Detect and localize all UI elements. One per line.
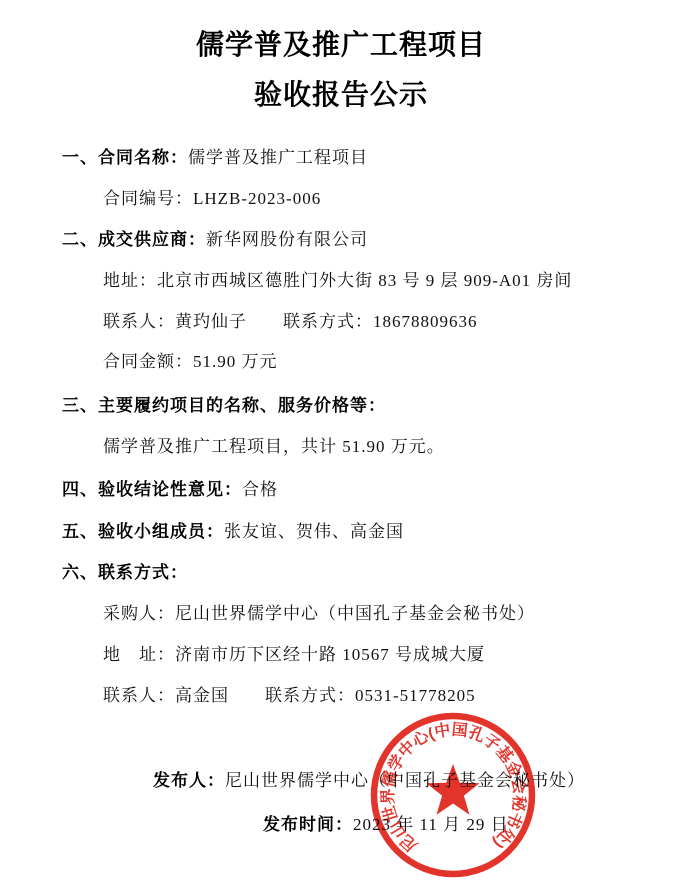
contract-number-line: 合同编号：LHZB-2023-006 [103, 188, 321, 210]
supplier-line: 二、成交供应商：新华网股份有限公司 [62, 229, 368, 251]
performance-section-label: 三、主要履约项目的名称、服务价格等： [62, 396, 386, 415]
contract-amount-line: 合同金额：51.90 万元 [103, 351, 278, 373]
team-members-label: 五、验收小组成员： [62, 522, 224, 541]
performance-section-line: 三、主要履约项目的名称、服务价格等： [62, 395, 386, 417]
purchaser-address-line: 地 址：济南市历下区经十路 10567 号成城大厦 [103, 644, 485, 666]
supplier-address-value: 北京市西城区德胜门外大街 83 号 9 层 909-A01 房间 [157, 271, 572, 290]
purchaser-value: 尼山世界儒学中心（中国孔子基金会秘书处） [175, 604, 535, 623]
contact-section-label: 六、联系方式： [62, 563, 188, 582]
purchaser-phone-label: 联系方式： [265, 686, 355, 705]
supplier-address-label: 地址： [103, 271, 157, 290]
contract-name-label: 一、合同名称： [62, 148, 188, 167]
contract-number-value: LHZB-2023-006 [193, 189, 321, 208]
purchaser-phone-value: 0531-51778205 [355, 686, 476, 705]
contract-amount-label: 合同金额： [103, 352, 193, 371]
publish-date-label: 发布时间： [263, 815, 353, 834]
performance-detail-line: 儒学普及推广工程项目，共计 51.90 万元。 [103, 436, 445, 458]
contract-name-line: 一、合同名称：儒学普及推广工程项目 [62, 147, 368, 169]
supplier-phone-value: 18678809636 [373, 312, 478, 331]
supplier-contact-line: 联系人：黄玓仙子联系方式：18678809636 [103, 311, 478, 333]
purchaser-address-label: 地 址： [103, 645, 175, 664]
acceptance-report-document: 儒学普及推广工程项目 验收报告公示 一、合同名称：儒学普及推广工程项目 合同编号… [0, 0, 682, 894]
official-seal: 尼山世界儒学中心(中国孔子基金会秘书处) [353, 695, 553, 894]
team-members-line: 五、验收小组成员：张友谊、贺伟、高金国 [62, 521, 404, 543]
purchaser-contact-label: 联系人： [103, 686, 175, 705]
document-title-line1: 儒学普及推广工程项目 [0, 28, 682, 62]
publisher-label: 发布人： [153, 771, 225, 790]
supplier-value: 新华网股份有限公司 [206, 230, 368, 249]
contract-name-value: 儒学普及推广工程项目 [188, 148, 368, 167]
supplier-phone-label: 联系方式： [283, 312, 373, 331]
document-title-line2: 验收报告公示 [0, 78, 682, 112]
publish-date-line: 发布时间：2023 年 11 月 29 日 [263, 814, 509, 836]
contract-amount-value: 51.90 万元 [193, 352, 278, 371]
publish-date-value: 2023 年 11 月 29 日 [353, 815, 509, 834]
purchaser-line: 采购人：尼山世界儒学中心（中国孔子基金会秘书处） [103, 603, 535, 625]
conclusion-label: 四、验收结论性意见： [62, 480, 242, 499]
performance-detail-value: 儒学普及推广工程项目，共计 51.90 万元。 [103, 437, 445, 456]
publisher-line: 发布人：尼山世界儒学中心（中国孔子基金会秘书处） [153, 770, 585, 792]
contact-section-line: 六、联系方式： [62, 562, 188, 584]
team-members-value: 张友谊、贺伟、高金国 [224, 522, 404, 541]
publisher-value: 尼山世界儒学中心（中国孔子基金会秘书处） [225, 771, 585, 790]
purchaser-label: 采购人： [103, 604, 175, 623]
supplier-contact-name: 黄玓仙子 [175, 312, 247, 331]
supplier-address-line: 地址：北京市西城区德胜门外大街 83 号 9 层 909-A01 房间 [103, 270, 572, 292]
seal-ring [374, 716, 532, 874]
conclusion-line: 四、验收结论性意见：合格 [62, 479, 278, 501]
purchaser-contact-line: 联系人：高金国联系方式：0531-51778205 [103, 685, 476, 707]
supplier-contact-label: 联系人： [103, 312, 175, 331]
conclusion-value: 合格 [242, 480, 278, 499]
purchaser-address-value: 济南市历下区经十路 10567 号成城大厦 [175, 645, 485, 664]
purchaser-contact-name: 高金国 [175, 686, 229, 705]
contract-number-label: 合同编号： [103, 189, 193, 208]
supplier-label: 二、成交供应商： [62, 230, 206, 249]
